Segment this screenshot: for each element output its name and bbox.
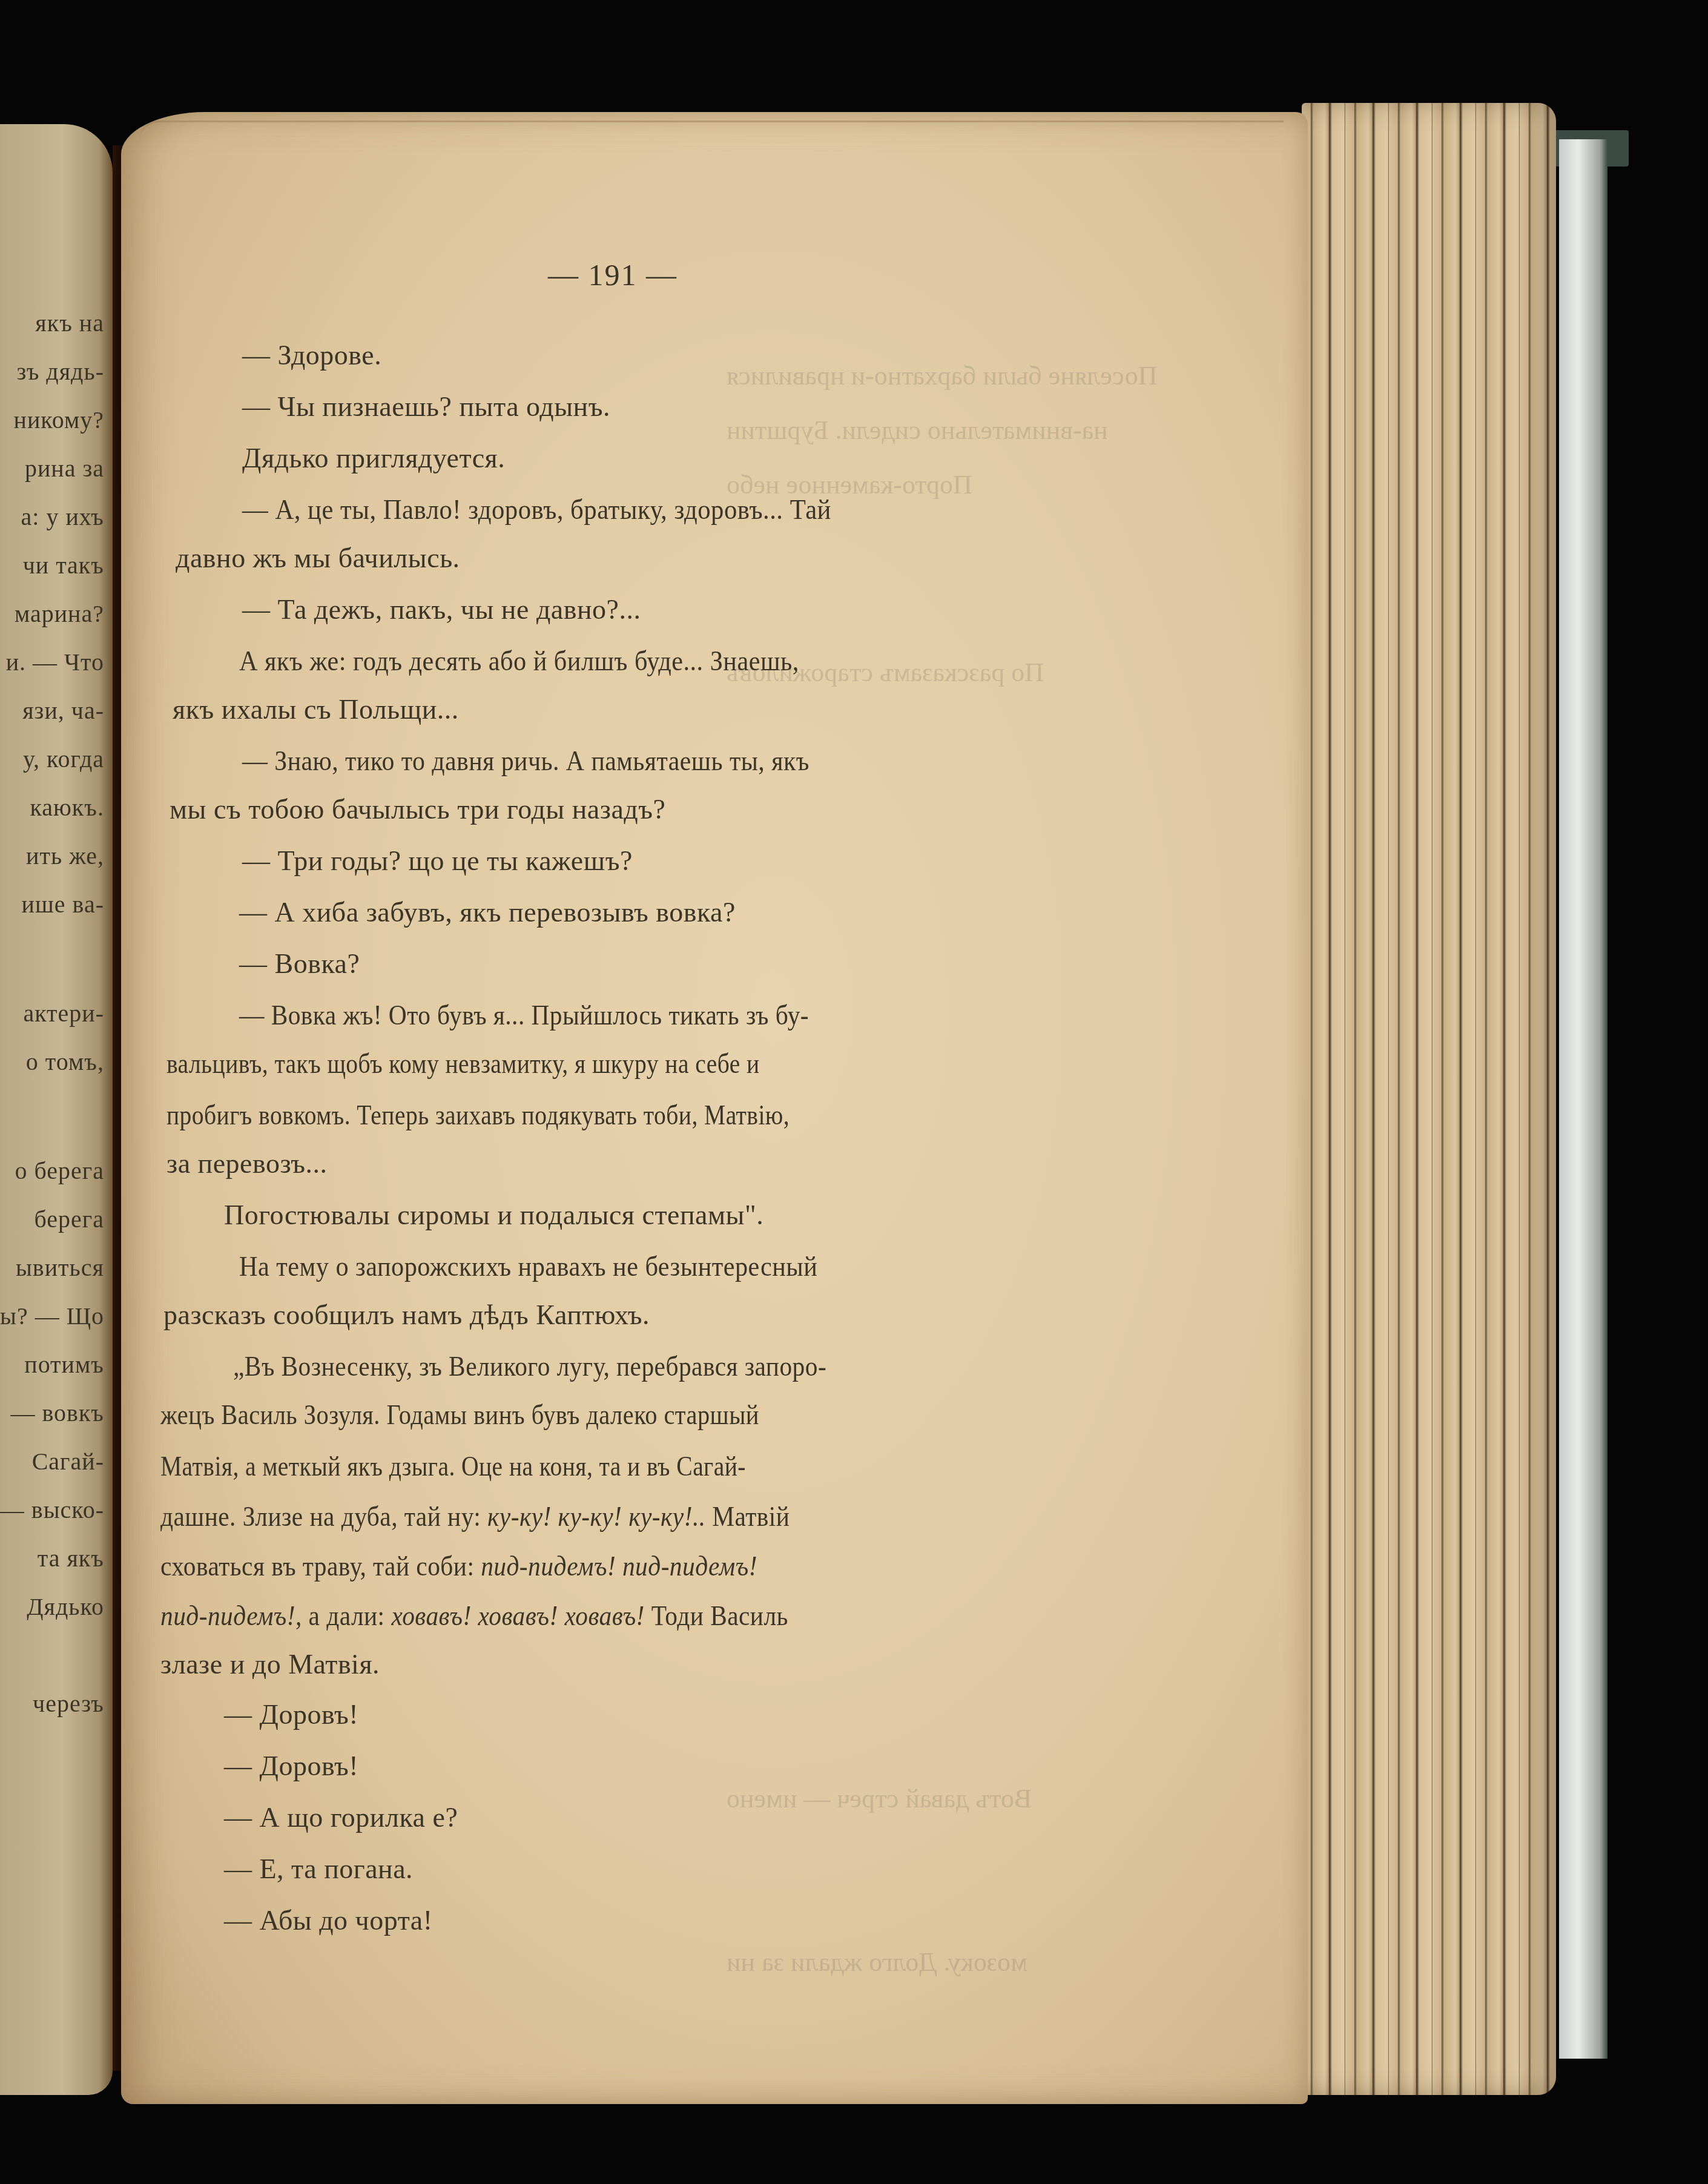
italic-onomatopoeia: ховавъ! ховавъ! ховавъ! — [391, 1600, 644, 1631]
page-number: — 191 — — [548, 257, 678, 292]
text-line: — Доровъ! — [224, 1698, 358, 1730]
text-line: дашне. Злизе на дуба, тай ну: ку-ку! ку-… — [160, 1500, 790, 1532]
text-line: — Та дежъ, пакъ, чы не давно?... — [242, 593, 641, 625]
text-line: — Здорове. — [242, 339, 381, 371]
italic-onomatopoeia: ку-ку! ку-ку! ку-ку!.. — [487, 1501, 705, 1532]
left-page-line: зъ дядь- — [17, 357, 104, 386]
text-line: Дядько приглядуется. — [242, 442, 505, 474]
text-line: — Знаю, тико то давня ричь. А памьятаешь… — [242, 745, 809, 777]
text-line: мы съ тобою бачылысь три годы назадъ? — [170, 793, 665, 825]
text-segment: , а дали: — [295, 1600, 391, 1631]
left-page-line: никому? — [13, 406, 104, 434]
text-line: — Вовка? — [239, 948, 360, 980]
left-page-line: черезъ — [33, 1689, 104, 1718]
left-page-line: язи, ча- — [22, 696, 104, 725]
left-page-line: у, когда — [23, 745, 104, 773]
left-page-line: Сагай- — [32, 1447, 104, 1476]
text-line: — Три годы? що це ты кажешъ? — [242, 845, 633, 877]
text-line: пробигъ вовкомъ. Теперь заихавъ подякува… — [167, 1099, 790, 1131]
book-cover-edge — [1559, 139, 1607, 2059]
left-page-line: рина за — [25, 454, 104, 483]
text-line: якъ ихалы съ Польщи... — [173, 693, 459, 725]
left-page-line: и. — Что — [6, 648, 104, 676]
text-line: — Е, та погана. — [224, 1853, 413, 1885]
left-page-line: Дядько — [27, 1592, 104, 1621]
left-page-line: каюкъ. — [30, 793, 104, 822]
text-line: разсказъ сообщилъ намъ дѣдъ Каптюхъ. — [163, 1299, 650, 1331]
text-segment: Матвій — [706, 1501, 790, 1532]
bleed-through-text: Поселяне были бархатно-и нравилися — [727, 360, 1158, 391]
text-segment: дашне. Злизе на дуба, тай ну: — [160, 1501, 487, 1532]
text-line: жецъ Василь Зозуля. Годамы винъ бувъ дал… — [160, 1399, 759, 1431]
left-page-line: — выско- — [0, 1496, 104, 1524]
left-page-line: чи такъ — [23, 551, 104, 579]
left-page-line: ы? — Що — [0, 1302, 104, 1330]
text-line: сховаться въ траву, тай соби: пид-пидемъ… — [160, 1550, 757, 1582]
left-page-line: актери- — [23, 999, 104, 1028]
text-line: — Доровъ! — [224, 1750, 358, 1782]
previous-page-fragment: якъ на зъ дядь- никому? рина за а: у ихъ… — [0, 124, 113, 2095]
text-segment: сховаться въ траву, тай соби: — [160, 1551, 481, 1582]
text-segment: Тоди Василь — [645, 1600, 788, 1631]
left-page-line: о томъ, — [26, 1047, 104, 1076]
text-line: — А хиба забувъ, якъ перевозывъ вовка? — [239, 896, 736, 928]
left-page-line: ише ва- — [22, 890, 104, 919]
text-line: — Чы пизнаешь? пыта одынъ. — [242, 391, 610, 423]
bleed-through-text: на-внимательно сидели. Бурштин — [727, 415, 1108, 446]
text-line: пид-пидемъ!, а дали: ховавъ! ховавъ! хов… — [160, 1600, 788, 1632]
text-line: — А що горилка е? — [224, 1801, 458, 1833]
text-line: злазе и до Матвія. — [160, 1648, 380, 1680]
text-line: — Абы до чорта! — [224, 1904, 433, 1936]
left-page-line: марина? — [15, 599, 104, 628]
page-edges-stack — [1302, 103, 1556, 2095]
italic-onomatopoeia: пид-пидемъ! пид-пидемъ! — [481, 1551, 757, 1582]
left-page-line: ить же, — [26, 842, 104, 870]
bleed-through-text: Вотъ давай стреч — имено — [727, 1783, 1032, 1814]
left-page-line: та якъ — [38, 1544, 104, 1572]
text-line: вальцивъ, такъ щобъ кому невзамитку, я ш… — [167, 1047, 760, 1080]
text-line: Погостювалы сиромы и подалыся степамы". — [224, 1199, 763, 1231]
left-page-line: берега — [35, 1205, 105, 1233]
left-page-line: о берега — [15, 1156, 105, 1185]
text-line: Матвія, а меткый якъ дзыга. Оце на коня,… — [160, 1450, 746, 1482]
text-line: за перевозъ... — [167, 1147, 328, 1179]
bleed-through-text: мозоку. Долго ждали за ни — [727, 1947, 1027, 1978]
text-line: — А, це ты, Павло! здоровъ, братыку, здо… — [242, 493, 831, 526]
left-page-line: ывиться — [16, 1253, 104, 1282]
left-page-line: — вовкъ — [10, 1399, 104, 1427]
text-line: давно жъ мы бачилысь. — [176, 542, 460, 574]
left-page-line: а: у ихъ — [21, 503, 104, 531]
text-line: На тему о запорожскихъ нравахъ не безынт… — [239, 1250, 817, 1282]
text-line: — Вовка жъ! Ото бувъ я... Прыйшлось тика… — [239, 999, 809, 1031]
text-line: „Въ Вознесенку, зъ Великого лугу, перебр… — [233, 1350, 826, 1382]
text-line: А якъ же: годъ десять або й билшъ буде..… — [239, 645, 799, 677]
left-page-line: потимъ — [24, 1350, 104, 1379]
left-page-line: якъ на — [35, 309, 104, 337]
italic-onomatopoeia: пид-пидемъ! — [160, 1600, 295, 1631]
